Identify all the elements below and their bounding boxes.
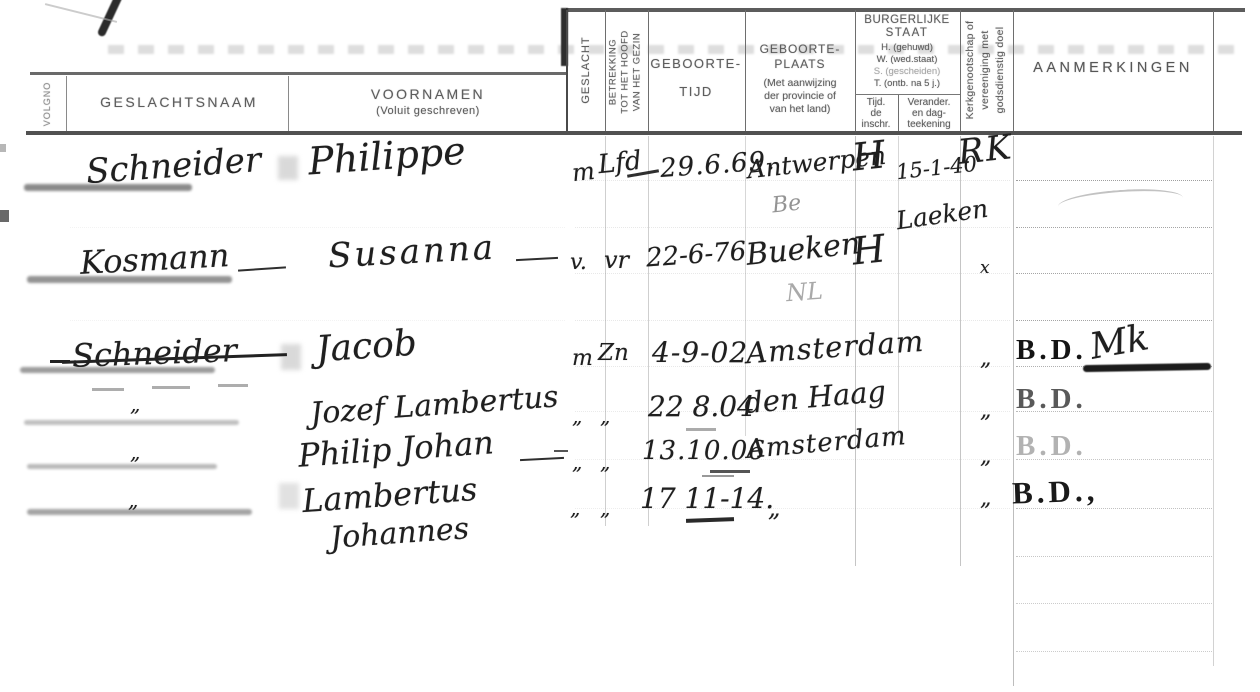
dotted-rule	[1016, 651, 1212, 652]
column-header-geboorteplaats-sub1: (Met aanwijzing	[764, 77, 837, 89]
relation: Zn	[598, 340, 629, 366]
religion-ditto: „	[980, 346, 991, 371]
column-header-volgnr: VOLGNO	[42, 82, 52, 127]
dotted-rule	[1016, 180, 1212, 181]
column-header-betrekking-line3: VAN HET GEZIN	[632, 33, 643, 111]
dotted-rule	[1016, 603, 1212, 604]
surname: Schneider	[85, 140, 263, 192]
dotted-rule	[1016, 556, 1212, 557]
column-header-burgstaat-code3: S. (gescheiden)	[874, 66, 941, 77]
surname-ditto: „	[130, 440, 140, 464]
column-header-burgstaat-code4: T. (ontb. na 5 j.)	[874, 78, 940, 89]
bd-stamp: B.D.	[1016, 383, 1087, 416]
header-bottom-border	[26, 131, 1242, 135]
birth-place: den Haag	[743, 374, 887, 420]
column-header-geboorteplaats-line1: GEBOORTE-	[760, 42, 841, 56]
column-divider	[288, 76, 289, 131]
dotted-rule	[1016, 227, 1212, 228]
religion-ditto: „	[980, 398, 991, 423]
subcolumn-header-verander-line3: teekening	[907, 119, 950, 130]
column-header-geboorteplaats-sub2: der provincie of	[764, 90, 836, 102]
pen-dash-faint	[152, 386, 190, 389]
pen-underline-faint	[702, 475, 734, 477]
grid-vline	[648, 136, 649, 526]
sex-ditto: „	[570, 496, 580, 520]
dotted-rule-faint	[575, 320, 1010, 321]
pen-dash	[238, 266, 286, 271]
stamp-ghost	[279, 483, 299, 509]
column-header-kerk-line2: vereeniging met	[979, 30, 991, 109]
heavy-underline	[1083, 363, 1211, 372]
birth-place-ditto: „	[768, 494, 780, 522]
relation: vr	[604, 246, 629, 274]
subcolumn-divider	[898, 95, 899, 131]
column-divider	[960, 10, 961, 131]
birth-country-note: NL	[785, 277, 824, 308]
subcolumn-header-tijd-line1: Tijd.	[867, 97, 886, 108]
surname-ditto: „	[128, 488, 138, 512]
header-top-border-left	[30, 72, 566, 75]
bd-stamp: B.D.	[1016, 430, 1087, 463]
birth-date: 17 11-14.	[640, 482, 774, 515]
column-header-burgstaat-code1: H. (gehuwd)	[881, 42, 933, 53]
civil-status: H	[850, 226, 888, 273]
column-header-geboorteplaats-line2: PLAATS	[774, 57, 825, 71]
column-divider	[66, 76, 67, 131]
column-header-geboortetijd-line1: GEBOORTE-	[650, 56, 741, 71]
first-name: Susanna	[327, 228, 497, 277]
birth-date: 22 8.04	[648, 390, 755, 423]
sex: v.	[570, 250, 587, 275]
surname-struck: Schneider	[71, 331, 237, 375]
column-header-betrekking-line2: TOT HET HOOFD	[620, 30, 631, 114]
sex-ditto: „	[572, 450, 582, 474]
stamp-ghost	[281, 344, 301, 370]
religion: RK	[956, 127, 1015, 173]
subcolumn-header-verander-line1: Verander.	[908, 97, 951, 108]
subheader-divider	[855, 94, 960, 95]
subcolumn-header-tijd-line2: de	[870, 108, 881, 119]
subcolumn-header-tijd-line3: inschr.	[862, 119, 891, 130]
pen-underline-faint	[686, 428, 716, 431]
birth-place: Bueken	[744, 226, 861, 273]
edge-mark	[0, 144, 6, 152]
column-divider	[1013, 10, 1014, 131]
relation-ditto: „	[600, 496, 610, 520]
column-header-burgstaat-line1: BURGERLIJKE	[864, 14, 949, 26]
sex: m	[572, 346, 593, 371]
civil-status: H	[850, 132, 888, 179]
pen-dash	[554, 450, 568, 452]
row-smudge	[24, 420, 239, 425]
column-divider	[605, 10, 606, 131]
column-divider	[648, 10, 649, 131]
pen-flourish	[1057, 186, 1183, 219]
pen-dash	[520, 457, 564, 461]
column-header-geslachtsnaam: GESLACHTSNAAM	[100, 94, 258, 110]
edge-mark	[0, 210, 9, 222]
column-header-aanmerkingen: AANMERKINGEN	[1033, 60, 1193, 76]
register-card-scan: VOLGNO GESLACHTSNAAM VOORNAMEN (Voluit g…	[0, 0, 1260, 692]
pen-dash-faint	[92, 388, 124, 391]
column-divider	[1213, 11, 1214, 131]
religion-ditto: „	[980, 486, 991, 511]
relation-ditto: „	[600, 450, 610, 474]
surname: Kosmann	[79, 236, 230, 282]
column-divider	[566, 10, 568, 131]
scan-noise-band	[108, 45, 1238, 54]
first-name: Jacob	[315, 323, 418, 371]
sex: m	[571, 157, 597, 187]
column-header-geslacht: GESLACHT	[580, 36, 592, 103]
column-header-geboorteplaats-sub3: van het land)	[770, 103, 831, 115]
birth-country-note: Be	[771, 191, 803, 219]
bd-stamp: B.D.	[1016, 334, 1087, 367]
dotted-rule	[1016, 273, 1212, 274]
pen-underline	[710, 470, 750, 473]
row-smudge	[27, 509, 252, 515]
column-header-kerk-line3: godsdienstig doel	[994, 27, 1006, 114]
subcolumn-header-verander-line2: en dag-	[912, 108, 946, 119]
strike-lead-dash	[50, 360, 70, 363]
column-header-kerk-line1: Kerkgenootschap of	[964, 21, 976, 120]
first-name: Jozef Lambertus	[309, 379, 559, 431]
stamp-ghost	[278, 156, 298, 180]
registration-place: Laeken	[894, 194, 989, 236]
column-header-voornamen: VOORNAMEN	[371, 86, 485, 102]
pen-dash-faint	[218, 384, 248, 387]
column-header-voornamen-sub: (Voluit geschreven)	[376, 105, 480, 117]
row-smudge	[27, 464, 217, 469]
grid-vline	[1013, 136, 1014, 686]
first-name: Philip Johan	[297, 423, 495, 475]
surname-ditto: „	[130, 392, 140, 416]
column-header-geboortetijd-line2: TIJD	[679, 84, 712, 99]
remark-scribble: Mk	[1087, 317, 1152, 368]
grid-vline	[1213, 136, 1214, 666]
religion-ditto: x	[980, 258, 990, 278]
column-divider	[745, 10, 746, 131]
header-top-border-right	[566, 8, 1245, 12]
dotted-rule-faint	[70, 320, 565, 321]
column-header-burgstaat-code2: W. (wed.staat)	[877, 54, 938, 65]
pen-underline	[686, 517, 734, 522]
first-name: Philippe	[307, 129, 467, 184]
birth-date: 4-9-02	[652, 336, 748, 369]
relation-ditto: „	[600, 404, 610, 428]
column-divider	[855, 10, 856, 131]
dotted-rule-faint	[575, 180, 1010, 181]
first-name-line2: Johannes	[329, 511, 470, 556]
dotted-rule-faint	[575, 273, 1010, 274]
birth-date: 22-6-76	[645, 237, 747, 274]
sex-ditto: „	[572, 404, 582, 428]
bd-stamp: B.D.,	[1011, 473, 1099, 512]
religion-ditto: „	[980, 444, 991, 469]
pen-dash	[516, 257, 558, 261]
dotted-rule	[1016, 320, 1212, 321]
column-header-burgstaat-line2: STAAT	[886, 27, 929, 39]
column-header-betrekking-line1: BETREKKING	[608, 39, 619, 105]
